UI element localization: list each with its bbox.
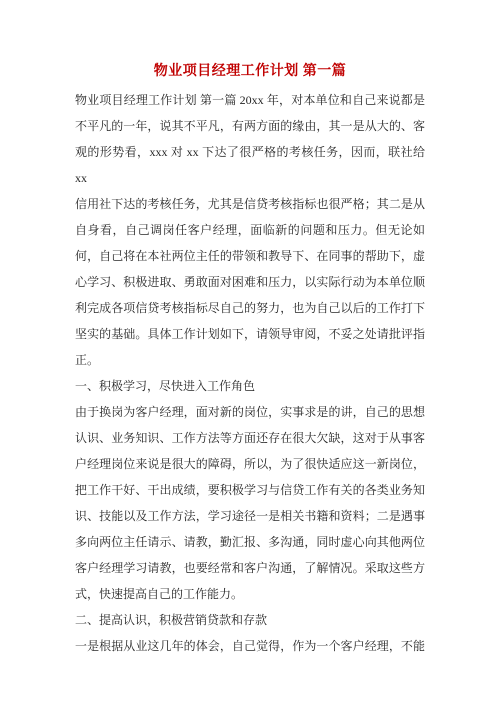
text-line: 认识、业务知识、工作方法等方面还存在很大欠缺，这对于从事客 [75,425,425,451]
text-line: 把工作干好、干出成绩，要积极学习与信贷工作有关的各类业务知 [75,477,425,503]
text-line: 自身看，自己调岗任客户经理，面临新的问题和压力。但无论如 [75,217,425,243]
section-heading-1: 一、积极学习，尽快进入工作角色 [75,373,425,399]
text-line: 识、技能以及工作方法，学习途径一是相关书籍和资料；二是遇事 [75,503,425,529]
text-line: 不平凡的一年，说其不平凡，有两方面的缘由，其一是从大的、客 [75,113,425,139]
text-line: 户经理岗位来说是很大的障碍，所以，为了很快适应这一新岗位， [75,451,425,477]
text-line: 利完成各项信贷考核指标尽自己的努力，也为自己以后的工作打下 [75,295,425,321]
text-line: 何，自己将在本社两位主任的带领和教导下、在同事的帮助下，虚 [75,243,425,269]
text-line: 由于换岗为客户经理，面对新的岗位，实事求是的讲，自己的思想 [75,399,425,425]
document-page: 物业项目经理工作计划 第一篇 物业项目经理工作计划 第一篇 20xx 年，对本单… [0,0,500,707]
text-line: 正。 [75,347,425,373]
text-line: 坚实的基础。具体工作计划如下，请领导审阅，不妥之处请批评指 [75,321,425,347]
text-line: 式，快速提高自己的工作能力。 [75,581,425,607]
text-line: 物业项目经理工作计划 第一篇 20xx 年，对本单位和自己来说都是 [75,87,425,113]
text-line: 信用社下达的考核任务，尤其是信贷考核指标也很严格；其二是从 [75,191,425,217]
text-line: 观的形势看，xxx 对 xx 下达了很严格的考核任务，因而，联社给 xx [75,139,425,191]
document-title: 物业项目经理工作计划 第一篇 [75,59,425,85]
section-heading-2: 二、提高认识，积极营销贷款和存款 [75,607,425,633]
text-line: 一是根据从业这几年的体会，自己觉得，作为一个客户经理，不能 [75,633,425,659]
text-line: 心学习、积极进取、勇敢面对困难和压力，以实际行动为本单位顺 [75,269,425,295]
text-line: 多向两位主任请示、请教，勤汇报、多沟通，同时虚心向其他两位 [75,529,425,555]
text-line: 客户经理学习请教，也要经常和客户沟通，了解情况。采取这些方 [75,555,425,581]
